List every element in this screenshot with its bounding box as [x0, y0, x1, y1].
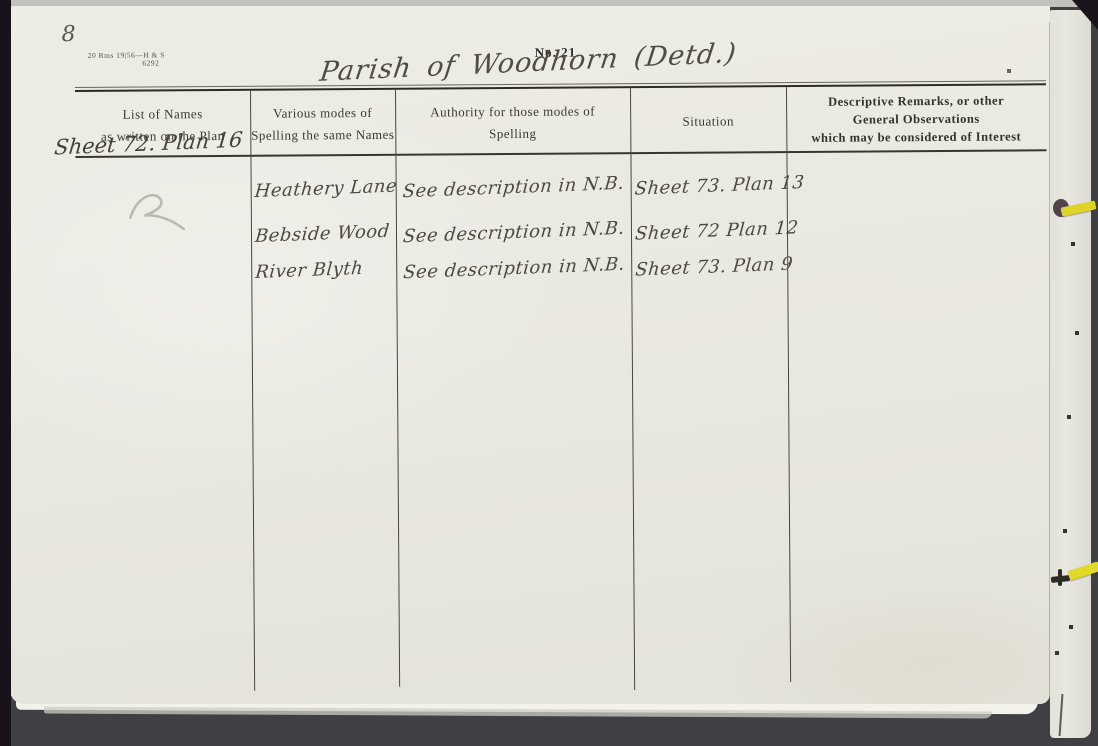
header-line: Authority for those modes of	[430, 104, 595, 118]
header-line: Descriptive Remarks, or other	[828, 94, 1004, 108]
header-line: Spelling	[489, 126, 536, 139]
situation-cell: Sheet 72 Plan 12	[634, 218, 791, 245]
name-spelling-cell: Bebside Wood	[254, 221, 396, 247]
header-line: Situation	[682, 114, 734, 127]
authority-cell: See description in N.B.	[402, 254, 629, 284]
table-row: Bebside Wood See description in N.B. She…	[0, 0, 1097, 1]
header-line: Various modes of	[273, 105, 372, 119]
column-header-situation: Situation	[630, 91, 786, 150]
table-row: River Blyth See description in N.B. Shee…	[0, 0, 1097, 1]
name-spelling-cell: River Blyth	[254, 257, 396, 283]
pencil-mark	[125, 185, 192, 239]
sheet-content: 8 20 Rms 19|56—H & S 6292 No. 21. Parish…	[0, 0, 1098, 746]
authority-cell: See description in N.B.	[402, 218, 629, 248]
column-divider-1	[250, 91, 255, 691]
scanned-document: 8 20 Rms 19|56—H & S 6292 No. 21. Parish…	[0, 0, 1098, 746]
header-line: List of Names	[123, 107, 203, 121]
header-line: General Observations	[853, 112, 980, 126]
printer-imprint: 20 Rms 19|56—H & S 6292	[88, 51, 200, 68]
page-number: 8	[62, 22, 76, 47]
column-header-spelling-modes: Various modes of Spelling the same Names	[250, 94, 395, 153]
name-spelling-cell: Heathery Lane	[254, 176, 396, 202]
header-line: Spelling the same Names	[251, 127, 394, 141]
printer-imprint-line2: 6292	[116, 59, 186, 67]
column-header-remarks: Descriptive Remarks, or other General Ob…	[788, 89, 1044, 149]
header-line: which may be considered of Interest	[811, 130, 1021, 144]
column-divider-3	[630, 88, 635, 690]
authority-cell: See description in N.B.	[402, 173, 629, 203]
column-header-authority: Authority for those modes of Spelling	[395, 92, 630, 152]
situation-cell: Sheet 73. Plan 9	[634, 254, 791, 281]
situation-cell: Sheet 73. Plan 13	[634, 173, 791, 200]
table-row: Heathery Lane See description in N.B. Sh…	[0, 0, 1097, 1]
